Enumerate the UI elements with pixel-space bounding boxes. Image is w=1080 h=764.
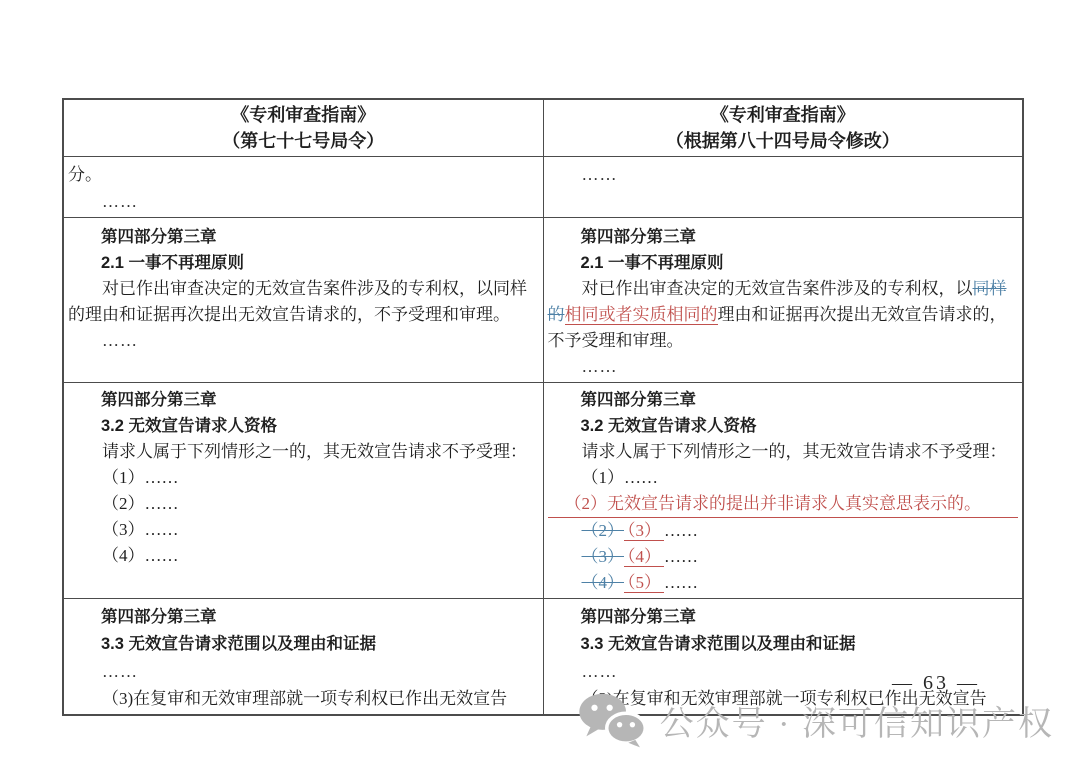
header-cell-old-version: 《专利审查指南》 （第七十七号局令） xyxy=(63,99,543,157)
ellipsis: …… xyxy=(68,658,539,685)
page: { "header": { "left_title_line1": "《专利审查… xyxy=(0,0,1080,764)
list-item: （3）…… xyxy=(68,517,539,543)
section-heading: 2.1 一事不再理原则 xyxy=(68,250,539,276)
section-heading: 3.2 无效宣告请求人资格 xyxy=(68,413,539,439)
section-3-2-new-cell: 第四部分第三章 3.2 无效宣告请求人资格 请求人属于下列情形之一的，其无效宣告… xyxy=(543,383,1023,599)
chapter-heading: 第四部分第三章 xyxy=(68,387,539,413)
continuation-text: 分。 xyxy=(68,161,539,188)
section-heading: 2.1 一事不再理原则 xyxy=(548,250,1019,276)
ellipsis: …… xyxy=(548,161,1019,188)
chapter-heading: 第四部分第三章 xyxy=(548,604,1019,631)
section-2-1-new-cell: 第四部分第三章 2.1 一事不再理原则 对已作出审查决定的无效宣告案件涉及的专利… xyxy=(543,218,1023,383)
watermark-footer: 公众号 · 深可信知识产权 xyxy=(576,692,1054,748)
inserted-number: （4） xyxy=(624,547,664,567)
list-item: （2）…… xyxy=(68,491,539,517)
old-version-title: 《专利审查指南》 xyxy=(66,102,541,128)
section-2-1-old-cell: 第四部分第三章 2.1 一事不再理原则 对已作出审查决定的无效宣告案件涉及的专利… xyxy=(63,218,543,383)
continuation-cell-old: 分。 …… xyxy=(63,157,543,218)
section-heading: 3.2 无效宣告请求人资格 xyxy=(548,413,1019,439)
deleted-number: （2） xyxy=(582,521,625,540)
watermark-text: 公众号 · 深可信知识产权 xyxy=(660,696,1054,745)
ellipsis: …… xyxy=(548,354,1019,380)
list-item: （1）…… xyxy=(548,465,1019,491)
continuation-cell-new: …… xyxy=(543,157,1023,218)
list-item: （1）…… xyxy=(68,465,539,491)
renumbered-list-item: （4）（5）…… xyxy=(548,570,1019,596)
ellipsis: …… xyxy=(68,188,539,215)
paragraph: 对已作出审查决定的无效宣告案件涉及的专利权，以同样的理由和证据再次提出无效宣告请… xyxy=(68,276,539,328)
intro-text: 请求人属于下列情形之一的，其无效宣告请求不予受理： xyxy=(548,439,1019,465)
paragraph-text: 对已作出审查决定的无效宣告案件涉及的专利权，以 xyxy=(582,279,973,298)
intro-text: 请求人属于下列情形之一的，其无效宣告请求不予受理： xyxy=(68,439,539,465)
renumbered-list-item: （3）（4）…… xyxy=(548,544,1019,570)
section-heading: 3.3 无效宣告请求范围以及理由和证据 xyxy=(68,631,539,658)
chapter-heading: 第四部分第三章 xyxy=(68,604,539,631)
renumbered-list-item: （2）（3）…… xyxy=(548,518,1019,544)
header-cell-new-version: 《专利审查指南》 （根据第八十四号局令修改） xyxy=(543,99,1023,157)
list-item: （4）…… xyxy=(68,543,539,569)
section-heading: 3.3 无效宣告请求范围以及理由和证据 xyxy=(548,631,1019,658)
section-3-2-old-cell: 第四部分第三章 3.2 无效宣告请求人资格 请求人属于下列情形之一的，其无效宣告… xyxy=(63,383,543,599)
deleted-number: （4） xyxy=(582,573,625,592)
new-version-title: 《专利审查指南》 xyxy=(546,102,1021,128)
table-header-row: 《专利审查指南》 （第七十七号局令） 《专利审查指南》 （根据第八十四号局令修改… xyxy=(63,99,1023,157)
section-2-1-row: 第四部分第三章 2.1 一事不再理原则 对已作出审查决定的无效宣告案件涉及的专利… xyxy=(63,218,1023,383)
ellipsis: …… xyxy=(664,547,698,566)
new-version-subtitle: （根据第八十四号局令修改） xyxy=(546,128,1021,154)
deleted-number: （3） xyxy=(582,547,625,566)
continuation-row: 分。 …… …… xyxy=(63,157,1023,218)
inserted-number: （5） xyxy=(624,573,664,593)
old-version-subtitle: （第七十七号局令） xyxy=(66,128,541,154)
section-3-3-old-cell: 第四部分第三章 3.3 无效宣告请求范围以及理由和证据 …… （3)在复审和无效… xyxy=(63,599,543,716)
chapter-heading: 第四部分第三章 xyxy=(548,224,1019,250)
chapter-heading: 第四部分第三章 xyxy=(68,224,539,250)
paragraph: （3)在复审和无效审理部就一项专利权已作出无效宣告 xyxy=(68,685,539,712)
ellipsis: …… xyxy=(664,521,698,540)
chapter-heading: 第四部分第三章 xyxy=(548,387,1019,413)
ellipsis: …… xyxy=(664,573,698,592)
inserted-text: 相同或者实质相同的 xyxy=(565,305,718,325)
inserted-list-item: （2）无效宣告请求的提出并非请求人真实意思表示的。 xyxy=(548,491,1019,518)
section-3-2-row: 第四部分第三章 3.2 无效宣告请求人资格 请求人属于下列情形之一的，其无效宣告… xyxy=(63,383,1023,599)
comparison-table: 《专利审查指南》 （第七十七号局令） 《专利审查指南》 （根据第八十四号局令修改… xyxy=(62,98,1024,716)
revised-paragraph: 对已作出审查决定的无效宣告案件涉及的专利权，以同样的相同或者实质相同的理由和证据… xyxy=(548,276,1019,354)
wechat-icon xyxy=(576,692,648,748)
ellipsis: …… xyxy=(68,328,539,354)
inserted-number: （3） xyxy=(624,521,664,541)
